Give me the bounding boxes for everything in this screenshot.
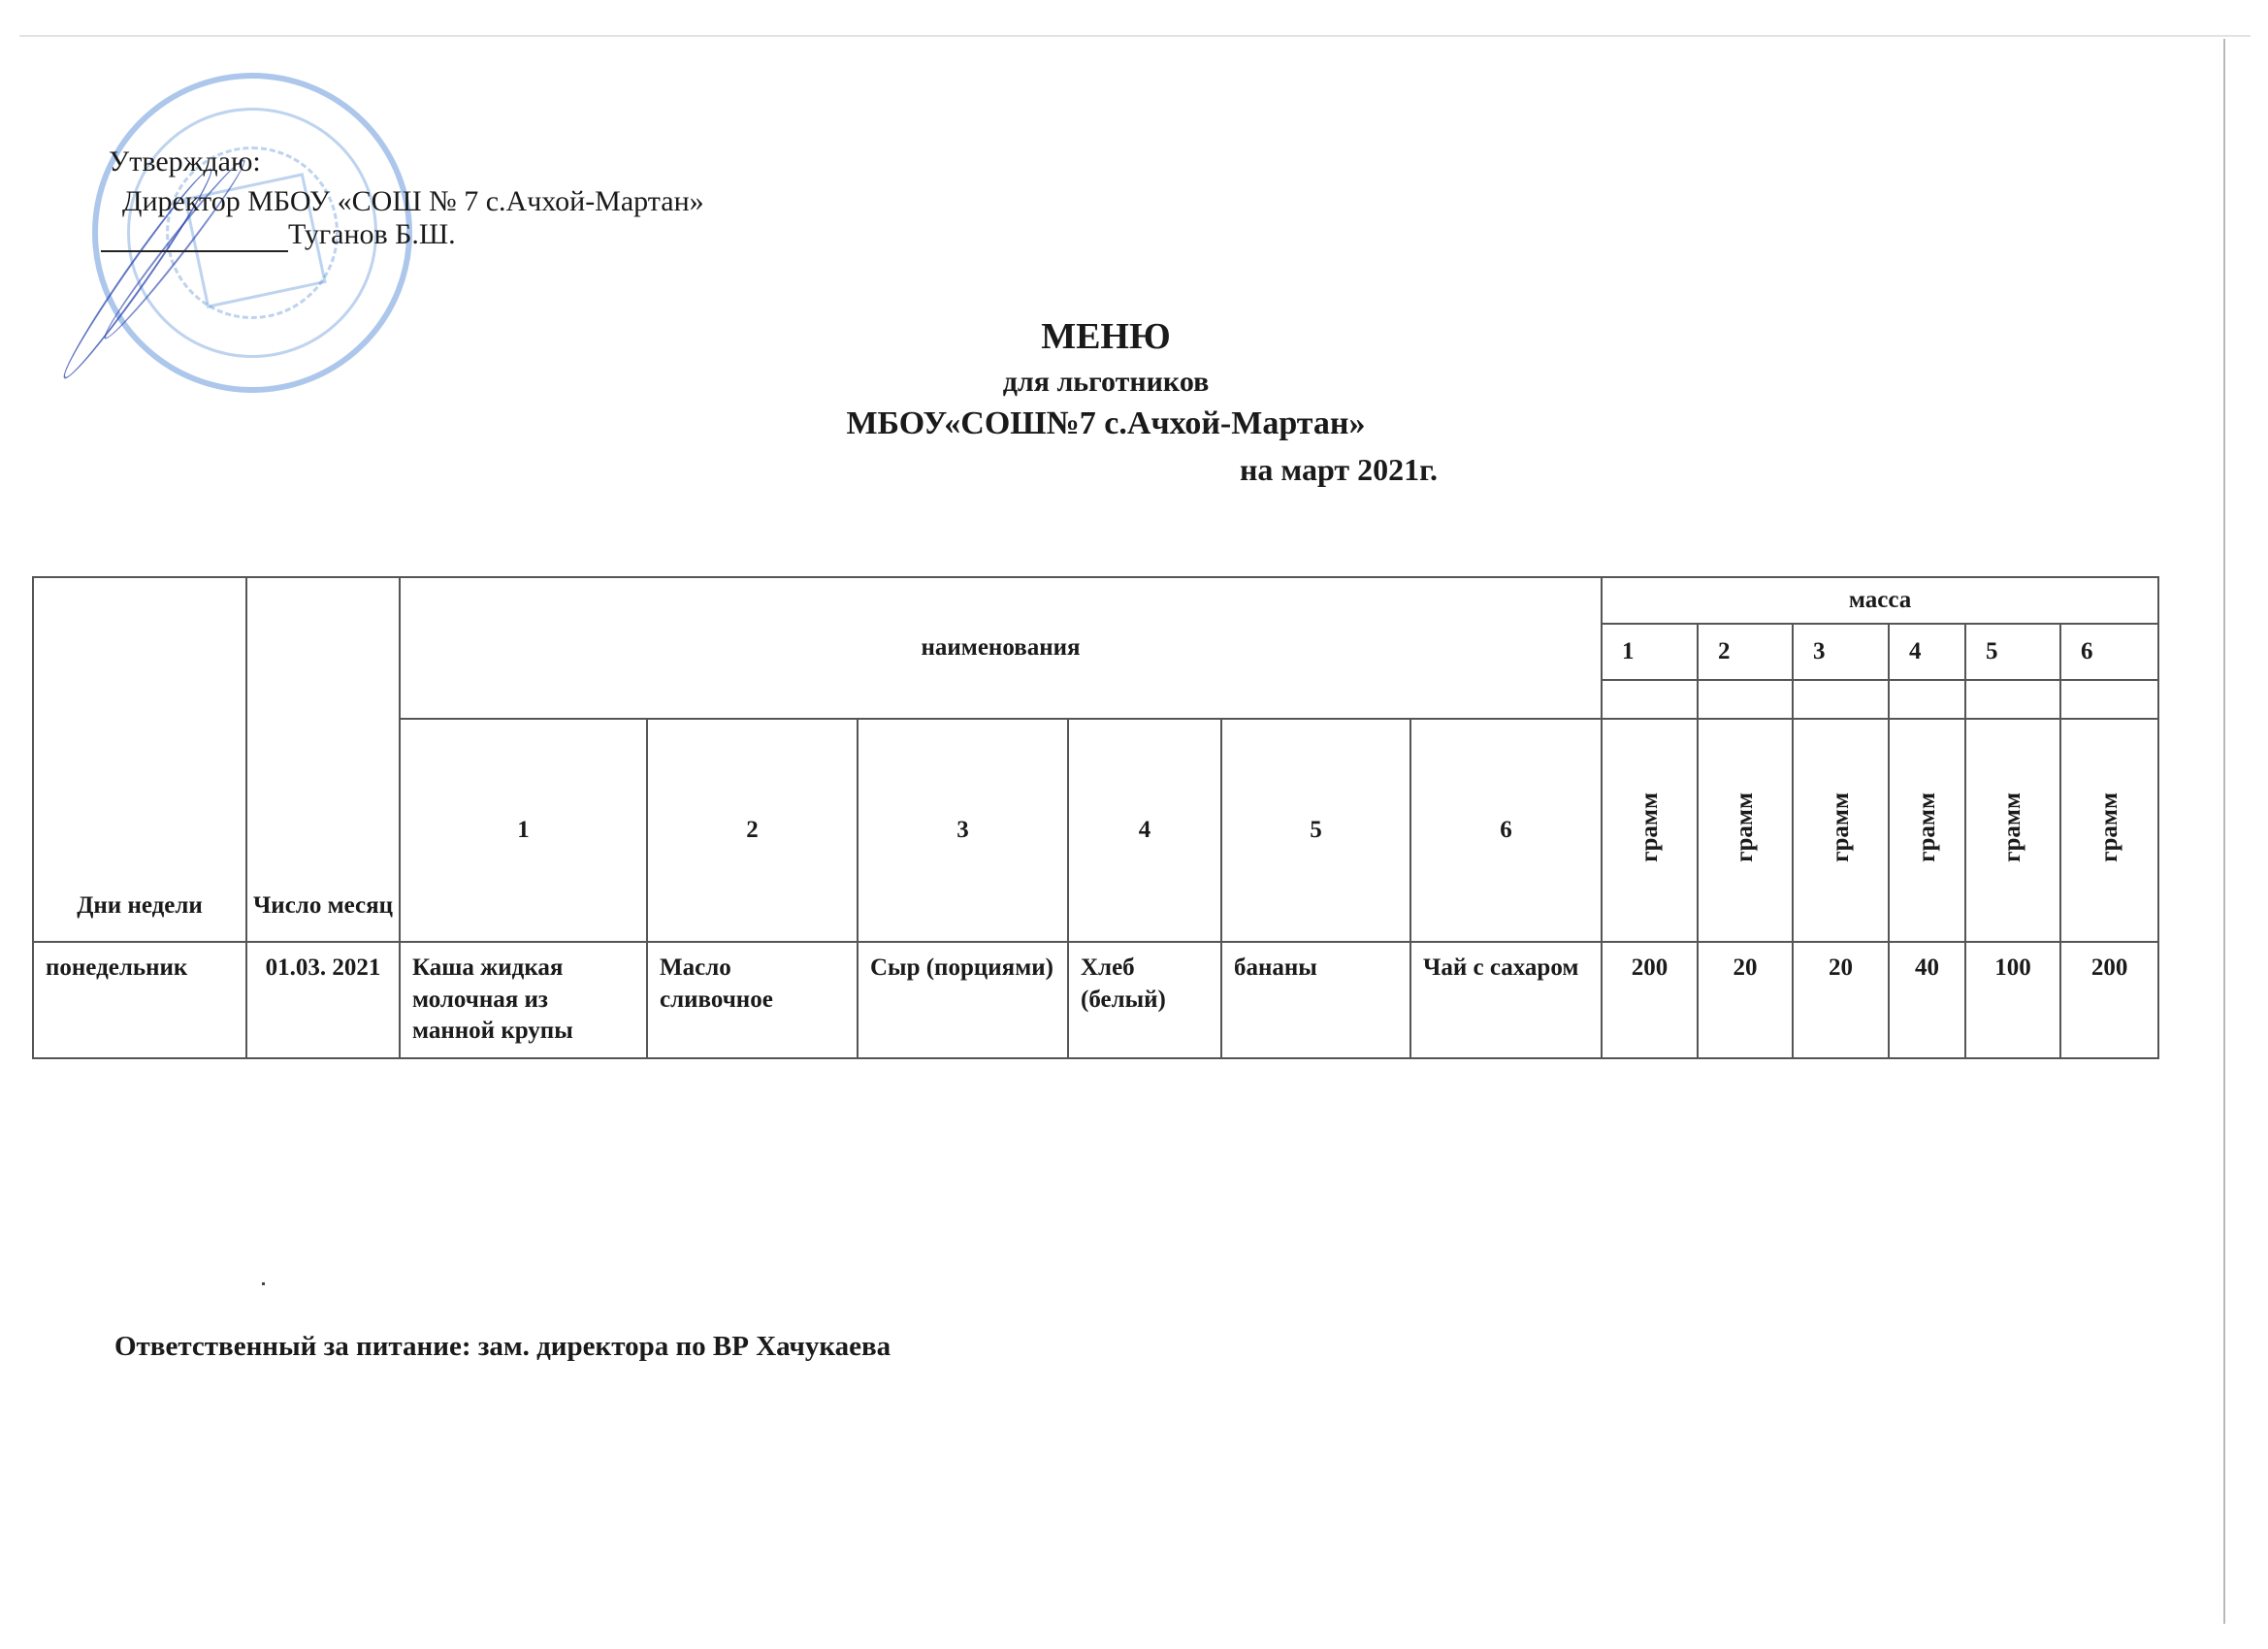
row-mass-4: 40 <box>1889 942 1965 1058</box>
unit-1: грамм <box>1602 719 1698 942</box>
row-item-6: Чай с сахаром <box>1410 942 1602 1058</box>
row-day: понедельник <box>33 942 246 1058</box>
row-item-1: Каша жидкая молочная из манной крупы <box>400 942 647 1058</box>
header-mass: масса <box>1602 577 2158 624</box>
row-mass-6: 200 <box>2060 942 2158 1058</box>
mass-col-6: 6 <box>2060 624 2158 680</box>
signature-line <box>101 250 288 252</box>
name-col-6: 6 <box>1410 719 1602 942</box>
row-item-5: бананы <box>1221 942 1410 1058</box>
unit-2: грамм <box>1698 719 1793 942</box>
scan-right-edge <box>2223 39 2225 1624</box>
mass-col-1: 1 <box>1602 624 1698 680</box>
name-col-1: 1 <box>400 719 647 942</box>
row-mass-5: 100 <box>1965 942 2060 1058</box>
table-row: понедельник 01.03. 2021 Каша жидкая моло… <box>33 942 2158 1058</box>
school-name: МБОУ«СОШ№7 с.Ачхой-Мартан» <box>766 405 1445 442</box>
menu-period: на март 2021г. <box>1193 452 1484 488</box>
mass-col-5: 5 <box>1965 624 2060 680</box>
menu-table: Дни недели Число месяц наименования масс… <box>32 576 2159 1059</box>
row-item-2: Масло сливочное <box>647 942 858 1058</box>
row-item-3: Сыр (порциями) <box>858 942 1068 1058</box>
row-mass-3: 20 <box>1793 942 1889 1058</box>
mass-col-3: 3 <box>1793 624 1889 680</box>
name-col-4: 4 <box>1068 719 1221 942</box>
row-item-4: Хлеб (белый) <box>1068 942 1221 1058</box>
mass-col-2: 2 <box>1698 624 1793 680</box>
header-days: Дни недели <box>33 577 246 942</box>
name-col-2: 2 <box>647 719 858 942</box>
unit-5: грамм <box>1965 719 2060 942</box>
name-col-3: 3 <box>858 719 1068 942</box>
unit-6: грамм <box>2060 719 2158 942</box>
header-date: Число месяц <box>246 577 400 942</box>
unit-3: грамм <box>1793 719 1889 942</box>
page-subtitle: для льготников <box>922 366 1290 399</box>
header-names: наименования <box>400 577 1602 719</box>
scan-top-edge <box>19 35 2251 37</box>
approval-label: Утверждаю: <box>109 147 261 177</box>
page-title: МЕНЮ <box>999 315 1213 358</box>
scan-speck <box>262 1282 265 1285</box>
mass-col-4: 4 <box>1889 624 1965 680</box>
approval-name: Туганов Б.Ш. <box>288 220 456 249</box>
row-date: 01.03. 2021 <box>246 942 400 1058</box>
approval-position: Директор МБОУ «СОШ № 7 с.Ачхой-Мартан» <box>122 187 704 216</box>
responsible-person: Ответственный за питание: зам. директора… <box>114 1331 891 1363</box>
name-col-5: 5 <box>1221 719 1410 942</box>
row-mass-2: 20 <box>1698 942 1793 1058</box>
row-mass-1: 200 <box>1602 942 1698 1058</box>
unit-4: грамм <box>1889 719 1965 942</box>
